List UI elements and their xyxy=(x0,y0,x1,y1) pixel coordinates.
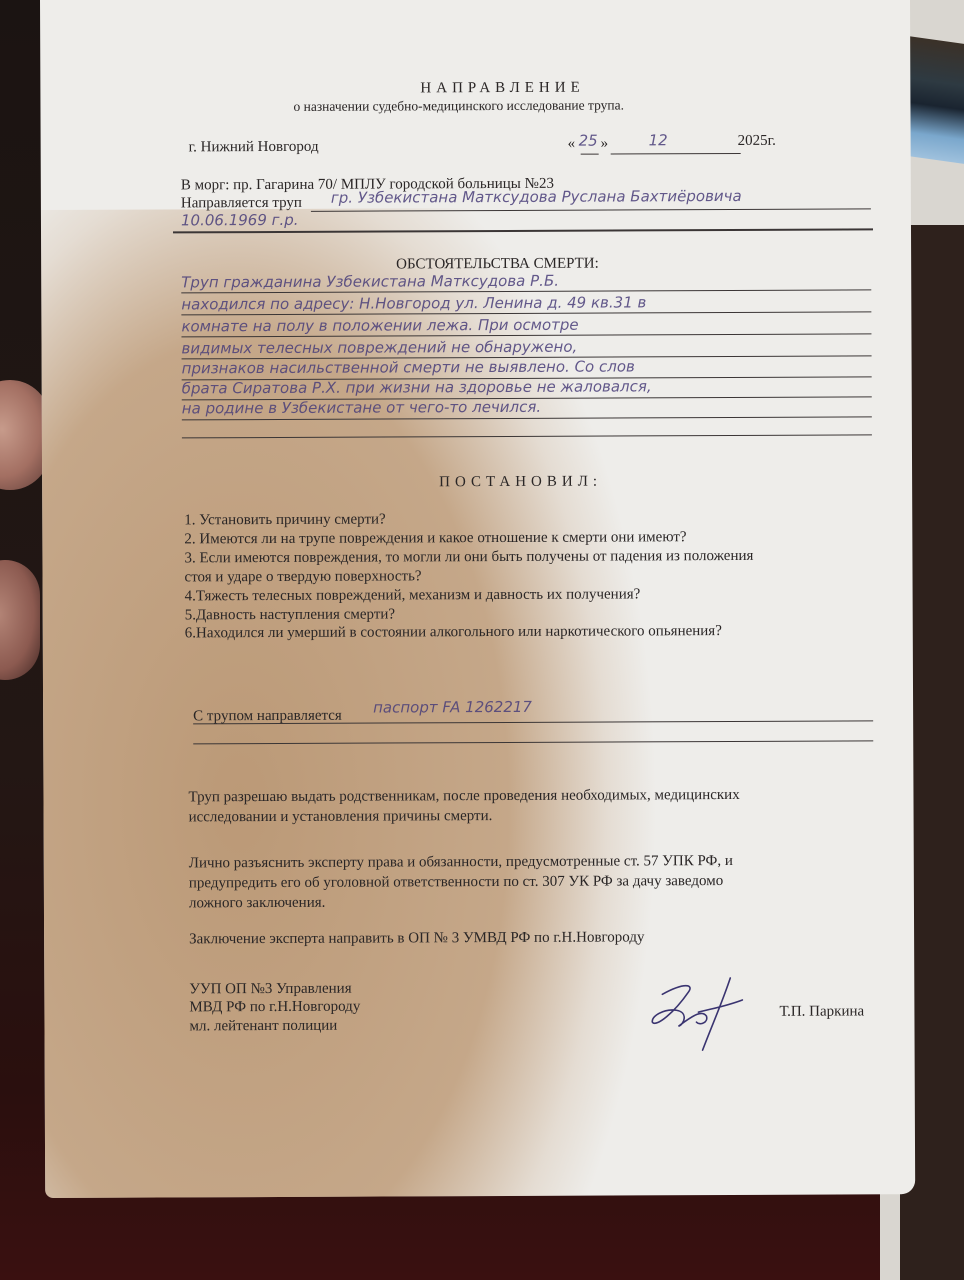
date-close-quote: » xyxy=(601,136,609,153)
question-4: 4.Тяжесть телесных повреждений, механизм… xyxy=(185,586,641,605)
circumstances-heading: ОБСТОЯТЕЛЬСТВА СМЕРТИ: xyxy=(396,256,599,274)
rights-line-2: предупредить его об уголовной ответствен… xyxy=(189,873,723,892)
circumstances-rule-7 xyxy=(182,416,872,420)
body-handwritten: гр. Узбекистана Матксудова Руслана Бахти… xyxy=(331,187,742,207)
question-1: 1. Установить причину смерти? xyxy=(184,511,385,529)
circumstances-rule-8 xyxy=(182,434,872,438)
question-3-cont: стоя и ударе о твердую поверхность? xyxy=(184,568,421,586)
question-3: 3. Если имеются повреждения, то могли ли… xyxy=(184,548,753,567)
city: г. Нижний Новгород xyxy=(189,139,319,157)
date-month: 12 xyxy=(649,131,668,149)
release-line-1: Труп разрешаю выдать родственникам, посл… xyxy=(188,787,739,806)
resolution-heading: ПОСТАНОВИЛ: xyxy=(439,474,602,492)
date-month-underline xyxy=(611,153,741,155)
question-2: 2. Имеются ли на трупе повреждения и как… xyxy=(184,529,686,548)
body-underline xyxy=(311,208,871,211)
signatory-line-1: УУП ОП №3 Управления xyxy=(189,981,351,999)
question-6: 6.Находился ли умерший в состоянии алког… xyxy=(185,623,722,642)
signatory-line-2: МВД РФ по г.Н.Новгороду xyxy=(189,999,360,1017)
attached-rule-2 xyxy=(193,740,873,744)
body-underline-2 xyxy=(173,228,873,233)
attached-handwritten: паспорт FA 1262217 xyxy=(373,698,532,717)
signature-icon xyxy=(644,972,754,1052)
date-year: 2025г. xyxy=(738,133,776,150)
signatory-line-3: мл. лейтенант полиции xyxy=(189,1018,337,1036)
release-line-2: исследовании и установления причины смер… xyxy=(189,808,493,826)
question-5: 5.Давность наступления смерти? xyxy=(185,606,395,624)
date-day-underline xyxy=(581,154,599,155)
circumstances-line-3: комнате на полу в положении лежа. При ос… xyxy=(181,316,578,336)
date-day: 25 xyxy=(579,132,598,150)
document-subtitle: о назначении судебно-медицинского исслед… xyxy=(293,97,624,114)
rights-line-1: Лично разъяснить эксперту права и обязан… xyxy=(189,853,733,872)
document-title: НАПРАВЛЕНИЕ xyxy=(420,80,584,98)
conclusion-line: Заключение эксперта направить в ОП № 3 У… xyxy=(189,929,644,948)
circumstances-line-6: брата Сиратова Р.Х. при жизни на здоровь… xyxy=(182,377,652,397)
holding-finger xyxy=(0,560,40,680)
circumstances-line-7: на родине в Узбекистане от чего-то лечил… xyxy=(182,398,541,418)
circumstances-line-1: Труп гражданина Узбекистана Матксудова Р… xyxy=(181,272,559,292)
body-handwritten-line2: 10.06.1969 г.р. xyxy=(181,211,299,230)
circumstances-line-4: видимых телесных повреждений не обнаруже… xyxy=(181,338,577,358)
circumstances-line-5: признаков насильственной смерти не выявл… xyxy=(182,357,635,377)
date-open-quote: « xyxy=(568,136,576,153)
circumstances-line-2: находился по адресу: Н.Новгород ул. Лени… xyxy=(181,293,646,313)
signatory-name: Т.П. Паркина xyxy=(779,1003,864,1020)
rights-line-3: ложного заключения. xyxy=(189,895,326,913)
document-sheet: НАПРАВЛЕНИЕ о назначении судебно-медицин… xyxy=(40,0,915,1198)
body-label: Направляется труп xyxy=(181,195,302,213)
